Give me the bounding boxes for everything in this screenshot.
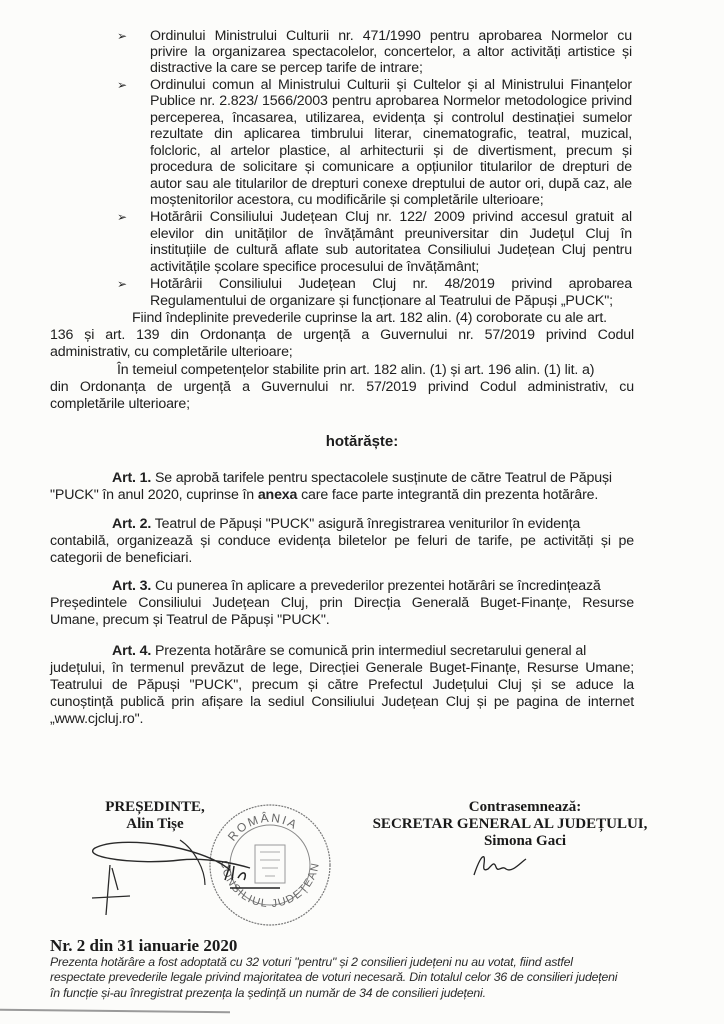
- bullet-3-line-2: elevilor din unităților de învățământ pr…: [150, 226, 632, 242]
- considerent-1-line-3: administrativ, cu completările ulterioar…: [50, 344, 293, 360]
- bullet-1-line-3: distractive la care se percep tarife de …: [150, 60, 423, 76]
- scan-edge-line: [0, 1009, 230, 1013]
- article-1-line-1: Art. 1. Se aprobă tarifele pentru specta…: [112, 470, 612, 486]
- footer-note-line-3: în funcție și-au înregistrat prezența la…: [50, 986, 486, 1001]
- scanned-document-page: ➢ Ordinului Ministrului Culturii nr. 471…: [0, 0, 724, 1024]
- bullet-2-line-4: rezultate din aplicarea timbrului litera…: [150, 126, 632, 142]
- bullet-1-line-1: Ordinului Ministrului Culturii nr. 471/1…: [150, 28, 632, 44]
- article-1-label: Art. 1.: [112, 470, 151, 486]
- considerent-2-line-2: din Ordonanța de urgență a Guvernului nr…: [50, 379, 634, 395]
- article-1-text-pre: "PUCK" în anul 2020, cuprinse în: [50, 487, 258, 503]
- bullet-arrow-icon: ➢: [117, 209, 127, 225]
- bullet-arrow-icon: ➢: [117, 28, 127, 44]
- bullet-arrow-icon: ➢: [117, 276, 127, 292]
- article-3-line-1: Art. 3. Cu punerea în aplicare a prevede…: [112, 578, 601, 594]
- bullet-3-line-1: Hotărârii Consiliului Județean Cluj nr. …: [150, 209, 632, 225]
- bullet-2-line-6: procedura de solicitare și comunicare a …: [150, 159, 632, 175]
- article-4-line-3: Teatrului de Păpuși "PUCK", precum și că…: [50, 677, 634, 693]
- article-2-label: Art. 2.: [112, 516, 151, 532]
- article-4-line-5: „www.cjcluj.ro".: [50, 711, 143, 727]
- bullet-arrow-icon: ➢: [117, 77, 127, 93]
- article-3-label: Art. 3.: [112, 578, 151, 594]
- article-2-line-3: categorii de beneficiari.: [50, 550, 192, 566]
- article-4-line-4: cunoștință publică prin afișare la sediu…: [50, 694, 634, 710]
- footer-note-line-2: respectate prevederile legale privind ma…: [50, 970, 617, 985]
- bullet-2-line-1: Ordinului comun al Ministrului Culturii …: [150, 77, 632, 93]
- stamp-signature-icon: [220, 860, 300, 900]
- article-3-line-2: Președintele Consiliului Județean Cluj, …: [50, 595, 634, 611]
- countersign-label: Contrasemnează:: [400, 799, 650, 816]
- article-4-text: Prezenta hotărâre se comunică prin inter…: [151, 643, 586, 659]
- article-4-line-1: Art. 4. Prezenta hotărâre se comunică pr…: [112, 643, 586, 659]
- bullet-4-line-1: Hotărârii Consiliului Județean Cluj nr. …: [150, 276, 632, 292]
- secretary-signature-icon: [470, 853, 530, 879]
- article-2-line-1: Art. 2. Teatrul de Păpuși "PUCK" asigură…: [112, 516, 580, 532]
- article-2-line-2: contabilă, organizează și conduce eviden…: [50, 533, 634, 549]
- article-3-line-3: Umane, precum și Teatrul de Păpuși "PUCK…: [50, 612, 330, 628]
- secretary-role: SECRETAR GENERAL AL JUDEȚULUI,: [370, 816, 650, 833]
- secretary-signature-block: Contrasemnează: SECRETAR GENERAL AL JUDE…: [400, 799, 650, 850]
- considerent-1-line-2: 136 și art. 139 din Ordonanța de urgență…: [50, 327, 634, 343]
- annex-reference: anexa: [258, 487, 297, 503]
- article-1-text: Se aprobă tarifele pentru spectacolele s…: [151, 470, 612, 486]
- considerent-1-line-1: Fiind îndeplinite prevederile cuprinse l…: [132, 310, 607, 326]
- considerent-2-line-3: completările ulterioare;: [50, 396, 190, 412]
- article-4-label: Art. 4.: [112, 643, 151, 659]
- president-title: PREȘEDINTE,: [95, 799, 215, 816]
- considerent-2-line-1: În temeiul competențelor stabilite prin …: [117, 362, 594, 378]
- footer-note-line-1: Prezenta hotărâre a fost adoptată cu 32 …: [50, 955, 573, 970]
- article-4-line-2: județului, în termenul prevăzut de lege,…: [50, 660, 634, 676]
- bullet-4-line-2: Regulamentului de organizare și funcțion…: [150, 293, 613, 309]
- article-2-text: Teatrul de Păpuși "PUCK" asigură înregis…: [151, 516, 580, 532]
- bullet-2-line-5: folcloric, al artelor plastice, al arhit…: [150, 143, 632, 159]
- article-1-text-post: care face parte integrantă din prezenta …: [297, 487, 598, 503]
- decision-number-date: Nr. 2 din 31 ianuarie 2020: [50, 936, 237, 956]
- secretary-name: Simona Gaci: [400, 833, 650, 850]
- bullet-1-line-2: privire la organizarea spectacolelor, co…: [150, 44, 632, 60]
- bullet-2-line-8: moștenitorilor acestora, cu modificările…: [150, 192, 544, 208]
- article-1-line-2: "PUCK" în anul 2020, cuprinse în anexa c…: [50, 487, 598, 503]
- bullet-3-line-3: instituțiile de cultură aflate sub autor…: [150, 242, 632, 258]
- bullet-3-line-4: activitățile școlare specifice procesulu…: [150, 259, 479, 275]
- decision-heading: hotărăște:: [0, 433, 724, 450]
- article-3-text: Cu punerea în aplicare a prevederilor pr…: [151, 578, 600, 594]
- bullet-2-line-7: autor sau ale titularilor de drepturi co…: [150, 176, 632, 192]
- bullet-2-line-2: Publice nr. 2.823/ 1566/2003 pentru apro…: [150, 93, 632, 109]
- bullet-2-line-3: perceperea, încasarea, utilizarea, evide…: [150, 110, 632, 126]
